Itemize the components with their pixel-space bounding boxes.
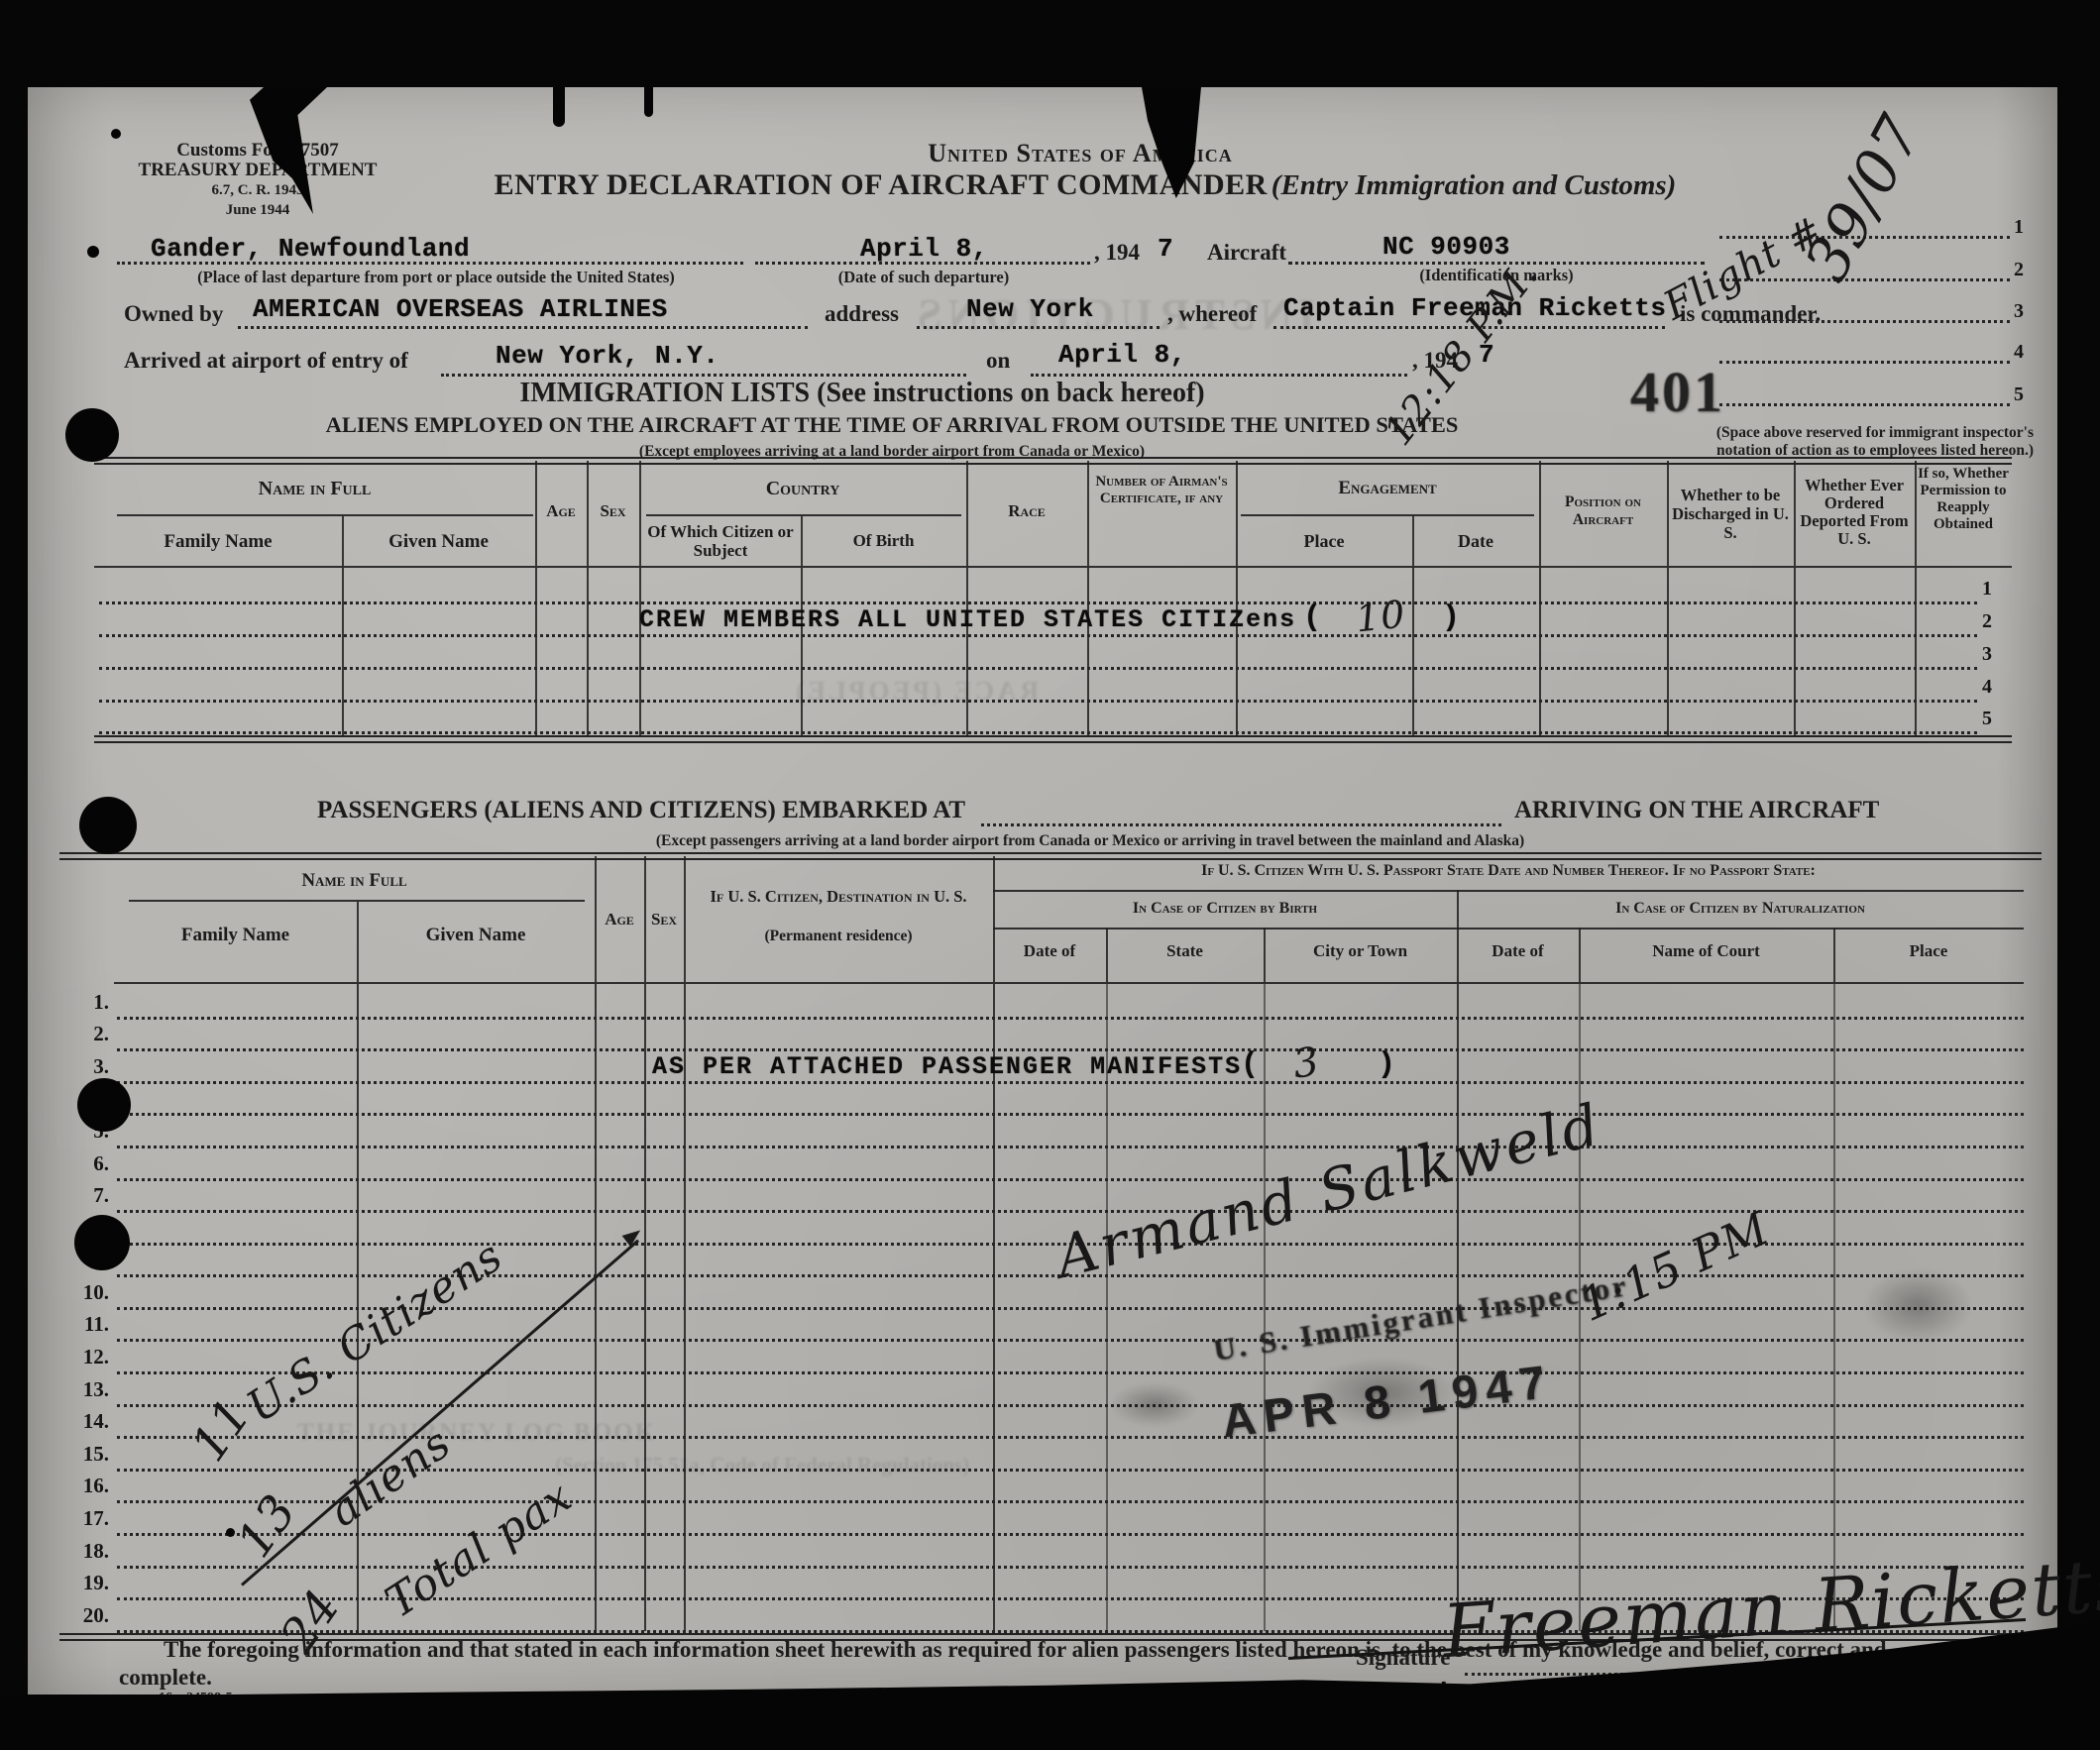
pax-row-number: 14. (61, 1409, 109, 1434)
column-line (342, 568, 344, 735)
torn-nick (644, 87, 653, 117)
pax-row-number: 3. (61, 1054, 109, 1079)
crew-col-engagement-group: Engagement (1236, 478, 1539, 499)
group-underline (117, 514, 533, 516)
crew-entry-typed: CREW MEMBERS ALL UNITED STATES CITIZens (639, 605, 1296, 634)
page-title: ENTRY DECLARATION OF AIRCRAFT COMMANDER … (357, 168, 1814, 202)
pax-col-family: Family Name (114, 925, 357, 946)
crew-entry-close-paren: ) (1442, 602, 1461, 635)
pax-nat-group: In Case of Citizen by Naturalization (1457, 900, 2024, 918)
crew-col-citizen-of: Of Which Citizen or Subject (642, 522, 799, 560)
departure-place-value: Gander, Newfoundland (151, 234, 470, 264)
arrival-label: Arrived at airport of entry of (124, 348, 408, 374)
pax-row-line (117, 1404, 2024, 1407)
arrival-date-value: April 8, (1058, 340, 1186, 370)
scan-dot (226, 1528, 235, 1537)
address-label: address (825, 301, 899, 327)
pax-col-birth-state: State (1106, 941, 1264, 961)
embarked-at-line (981, 823, 1501, 826)
country-title: United States of America (694, 139, 1467, 168)
column-line (1539, 461, 1541, 566)
crew-col-discharged: Whether to be Discharged in U. S. (1669, 486, 1792, 542)
column-line (1412, 568, 1414, 735)
crew-col-age: Age (535, 501, 587, 521)
pax-header-bottom-rule (114, 982, 2024, 984)
ink-smudge (1110, 1382, 1199, 1427)
group-underline (646, 514, 961, 516)
column-line (801, 568, 803, 735)
pax-col-birth-date: Date of (993, 941, 1106, 961)
hole-punch (79, 797, 137, 854)
arrival-date-line (1031, 374, 1407, 377)
inspector-line-3 (1719, 320, 2010, 323)
crew-col-race: Race (966, 501, 1087, 521)
ink-smudge (1308, 1358, 1457, 1427)
crew-header-bottom-rule (94, 566, 2012, 568)
page-title-suffix: (Entry Immigration and Customs) (1271, 169, 1677, 201)
departure-date-value: April 8, (860, 234, 988, 264)
pax-row-number: 13. (61, 1377, 109, 1402)
pax-row-line (117, 1533, 2024, 1536)
inspector-box-caption-1: (Space above reserved for immigrant insp… (1625, 424, 2034, 442)
form-issue-date: June 1944 (109, 200, 406, 220)
inspector-line-4 (1719, 361, 2010, 364)
passenger-section-title-right: ARRIVING ON THE AIRCRAFT (1514, 797, 1879, 824)
column-line (639, 461, 641, 566)
pax-row-line (117, 1048, 2024, 1051)
inspector-line-number: 5 (2014, 383, 2024, 406)
whereof-label: , whereof (1167, 301, 1257, 327)
pax-row-number: 15. (61, 1442, 109, 1467)
aircraft-label: Aircraft (1207, 240, 1286, 266)
pax-row-number: 19. (61, 1571, 109, 1595)
crew-col-sex: Sex (587, 501, 639, 521)
hole-punch (111, 129, 121, 139)
pax-row-line (117, 1017, 2024, 1020)
column-line (1667, 568, 1669, 735)
column-line (1915, 568, 1917, 735)
banner-underline (993, 890, 2024, 892)
file-number-stamp: 401 (1630, 359, 1725, 425)
pax-row-number: 10. (61, 1280, 109, 1305)
crew-col-given: Given Name (342, 531, 535, 553)
ink-smudge (1863, 1268, 1972, 1343)
column-line (1087, 568, 1089, 735)
crew-row-line (99, 700, 1977, 703)
page-title-main: ENTRY DECLARATION OF AIRCRAFT COMMANDER (495, 168, 1268, 201)
pax-row-number: 2. (61, 1022, 109, 1046)
hole-punch (87, 246, 99, 258)
inspector-line-number: 3 (2014, 300, 2024, 323)
torn-nick (553, 87, 565, 127)
pax-row-line (117, 1500, 2024, 1503)
crew-col-birth-of: Of Birth (801, 531, 966, 551)
pax-row-number: 16. (61, 1474, 109, 1498)
passenger-table-top-rule (59, 852, 2042, 860)
arrival-place-value: New York, N.Y. (496, 341, 718, 371)
pax-col-given: Given Name (357, 925, 595, 946)
owned-by-value: AMERICAN OVERSEAS AIRLINES (253, 294, 668, 324)
crew-row-number: 1 (1982, 578, 1992, 601)
column-line (966, 568, 968, 735)
scanned-document-page: INSTRUCTIONS RACE (PEOPLE) THE JOURNEY L… (0, 0, 2100, 1750)
pax-entry-close-paren: ) (1378, 1048, 1396, 1082)
arrival-place-line (441, 374, 966, 377)
column-line (1236, 568, 1238, 735)
pax-col-name-group: Name in Full (114, 870, 595, 892)
crew-row-line (99, 667, 1977, 670)
immigration-lists-subtitle: ALIENS EMPLOYED ON THE AIRCRAFT AT THE T… (178, 412, 1605, 438)
hole-punch (74, 1215, 130, 1270)
crew-entry-open-paren: ( (1303, 602, 1322, 635)
hole-punch (77, 1078, 131, 1132)
crew-col-family: Family Name (94, 531, 342, 553)
crew-col-name-group: Name in Full (94, 478, 535, 500)
inspector-line-number: 2 (2014, 259, 2024, 281)
pax-col-sex: Sex (644, 910, 684, 930)
column-line (1794, 568, 1796, 735)
pax-col-age: Age (595, 910, 644, 930)
crew-col-position: Position on Aircraft (1542, 493, 1664, 529)
pax-col-destination-caption: (Permanent residence) (689, 928, 988, 945)
column-line (587, 568, 589, 735)
arrival-on-label: on (986, 348, 1010, 374)
pax-row-number: 12. (61, 1345, 109, 1369)
group-underline (993, 928, 2024, 930)
pax-row-number: 17. (61, 1506, 109, 1531)
crew-row-number: 5 (1982, 708, 1992, 730)
column-line (1087, 461, 1089, 566)
declaration-statement-line2: complete. (119, 1665, 212, 1691)
crew-col-reapply: If so, Whether Permission to Reapply Obt… (1917, 466, 2010, 533)
pax-row-line (117, 1371, 2024, 1374)
crew-row-line (99, 602, 1977, 604)
crew-col-place: Place (1236, 531, 1412, 552)
pax-row-number: 7. (61, 1183, 109, 1208)
column-line (639, 568, 641, 735)
passenger-section-exception: (Except passengers arriving at a land bo… (396, 832, 1784, 850)
hole-punch (65, 408, 119, 462)
passenger-section-title-left: PASSENGERS (ALIENS AND CITIZENS) EMBARKE… (317, 797, 965, 824)
pax-row-number: 1. (61, 990, 109, 1015)
crew-col-airman-cert: Number of Airman's Certificate, if any (1090, 474, 1233, 507)
group-underline (1241, 514, 1534, 516)
column-line (684, 856, 686, 982)
pax-col-nat-date: Date of (1457, 941, 1579, 961)
departure-date-caption: (Date of such departure) (755, 268, 1092, 287)
ghost-text-section: (Section 175.51a, Code of Federal Regula… (555, 1453, 969, 1477)
crew-col-country-group: Country (639, 478, 966, 500)
column-line (535, 568, 537, 735)
crew-row-number: 4 (1982, 676, 1992, 699)
pax-col-destination: If U. S. Citizen, Destination in U. S. (689, 887, 988, 906)
pax-row-line (117, 1178, 2024, 1181)
inspector-line-number: 1 (2014, 216, 2024, 239)
crew-row-number: 3 (1982, 643, 1992, 666)
year-prefix: , 194 (1094, 240, 1140, 266)
group-underline (129, 900, 585, 902)
immigration-lists-title: IMMIGRATION LISTS (See instructions on b… (367, 378, 1358, 409)
pax-birth-group: In Case of Citizen by Birth (993, 900, 1457, 918)
crew-table-top-rule (94, 457, 2012, 465)
pax-row-number: 6. (61, 1151, 109, 1176)
crew-entry-count-handwritten: 10 (1354, 592, 1408, 640)
owned-by-line (238, 326, 808, 329)
crew-col-date: Date (1412, 531, 1539, 552)
crew-row-line (99, 634, 1977, 637)
address-value: New York (966, 294, 1094, 324)
owned-by-label: Owned by (124, 301, 223, 327)
pax-col-nat-court: Name of Court (1579, 941, 1833, 961)
crew-row-line (99, 731, 1977, 734)
departure-place-caption: (Place of last departure from port or pl… (109, 268, 763, 287)
pax-entry-open-paren: ( (1241, 1048, 1260, 1082)
pax-row-line (117, 1113, 2024, 1116)
crew-table-bottom-rule (94, 735, 2012, 743)
pax-row-number: 18. (61, 1539, 109, 1564)
pax-col-birth-city: City or Town (1264, 941, 1457, 961)
pax-row-line (117, 1081, 2024, 1084)
ghost-text-logbook: THE JOURNEY LOG BOOK (297, 1419, 656, 1447)
form-number: Customs Form 7507 (109, 141, 406, 161)
crew-col-deported: Whether Ever Ordered Deported From U. S. (1796, 477, 1913, 548)
crew-row-number: 2 (1982, 610, 1992, 633)
inspector-line-5 (1719, 403, 2010, 406)
pax-passport-banner: If U. S. Citizen With U. S. Passport Sta… (993, 862, 2024, 880)
pax-row-number: 11. (61, 1312, 109, 1337)
pax-row-line (117, 1146, 2024, 1148)
address-line (917, 326, 1160, 329)
year-value: 7 (1158, 234, 1173, 264)
aircraft-value: NC 90903 (1382, 232, 1510, 262)
pax-col-nat-place: Place (1833, 941, 2024, 961)
column-line (1539, 568, 1541, 735)
aircraft-line (1288, 262, 1705, 265)
pax-entry-typed: AS PER ATTACHED PASSENGER MANIFESTS (652, 1052, 1242, 1081)
pax-row-number: 20. (61, 1603, 109, 1628)
inspector-line-number: 4 (2014, 341, 2024, 364)
